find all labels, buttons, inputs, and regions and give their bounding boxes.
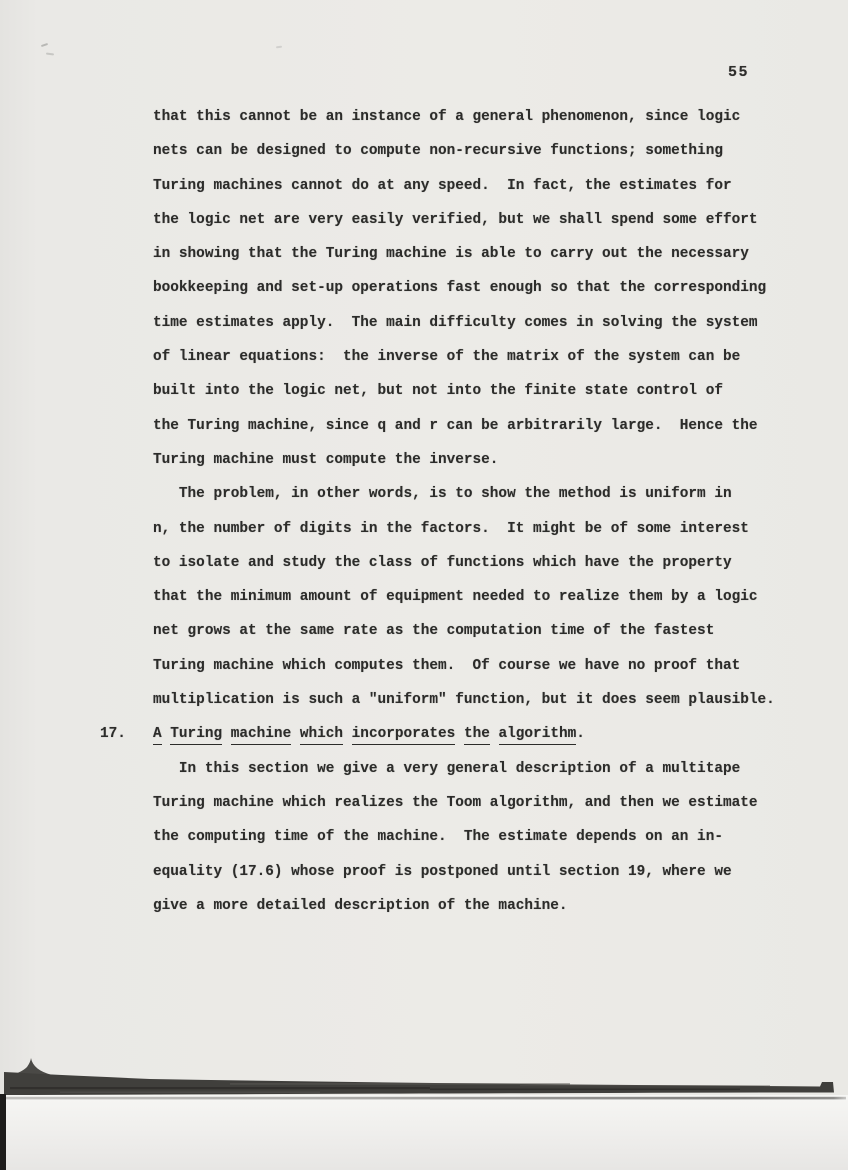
text-line: equality (17.6) whose proof is postponed… [153,855,803,889]
text-line: Turing machine which realizes the Toom a… [153,786,803,820]
text-line: give a more detailed description of the … [153,889,803,923]
text-line: Turing machine must compute the inverse. [153,443,803,477]
document-text: that this cannot be an instance of a gen… [153,100,803,923]
text-line: the computing time of the machine. The e… [153,820,803,854]
section-heading: 17.A Turing machine which incorporates t… [153,717,803,751]
scan-smudge [46,52,54,55]
text-line: that this cannot be an instance of a gen… [153,100,803,134]
text-line: In this section we give a very general d… [153,752,803,786]
heading-word: incorporates [352,726,456,745]
heading-word: machine [231,726,291,745]
page-bottom-edge-shadow [0,1050,848,1170]
text-line: the logic net are very easily verified, … [153,203,803,237]
section-number: 17. [100,717,126,751]
text-line: the Turing machine, since q and r can be… [153,409,803,443]
text-line: bookkeeping and set-up operations fast e… [153,271,803,305]
scan-smudge [41,43,48,47]
text-line: of linear equations: the inverse of the … [153,340,803,374]
text-line: n, the number of digits in the factors. … [153,512,803,546]
text-line: multiplication is such a "uniform" funct… [153,683,803,717]
text-line: Turing machines cannot do at any speed. … [153,169,803,203]
heading-word: the [464,726,490,745]
heading-period: . [576,726,585,742]
text-line: nets can be designed to compute non-recu… [153,134,803,168]
heading-word: which [300,726,343,745]
text-line: built into the logic net, but not into t… [153,374,803,408]
text-line: time estimates apply. The main difficult… [153,306,803,340]
text-line: to isolate and study the class of functi… [153,546,803,580]
scan-smudge [276,46,282,49]
book-fold-line [33,0,35,1063]
heading-word: algorithm [499,726,577,745]
heading-word: A [153,726,162,745]
heading-word: Turing [170,726,222,745]
text-line: The problem, in other words, is to show … [153,477,803,511]
text-line: net grows at the same rate as the comput… [153,614,803,648]
text-line: that the minimum amount of equipment nee… [153,580,803,614]
text-line: Turing machine which computes them. Of c… [153,649,803,683]
scanned-page: 55 that this cannot be an instance of a … [0,0,848,1170]
text-line: in showing that the Turing machine is ab… [153,237,803,271]
page-number: 55 [728,64,749,81]
